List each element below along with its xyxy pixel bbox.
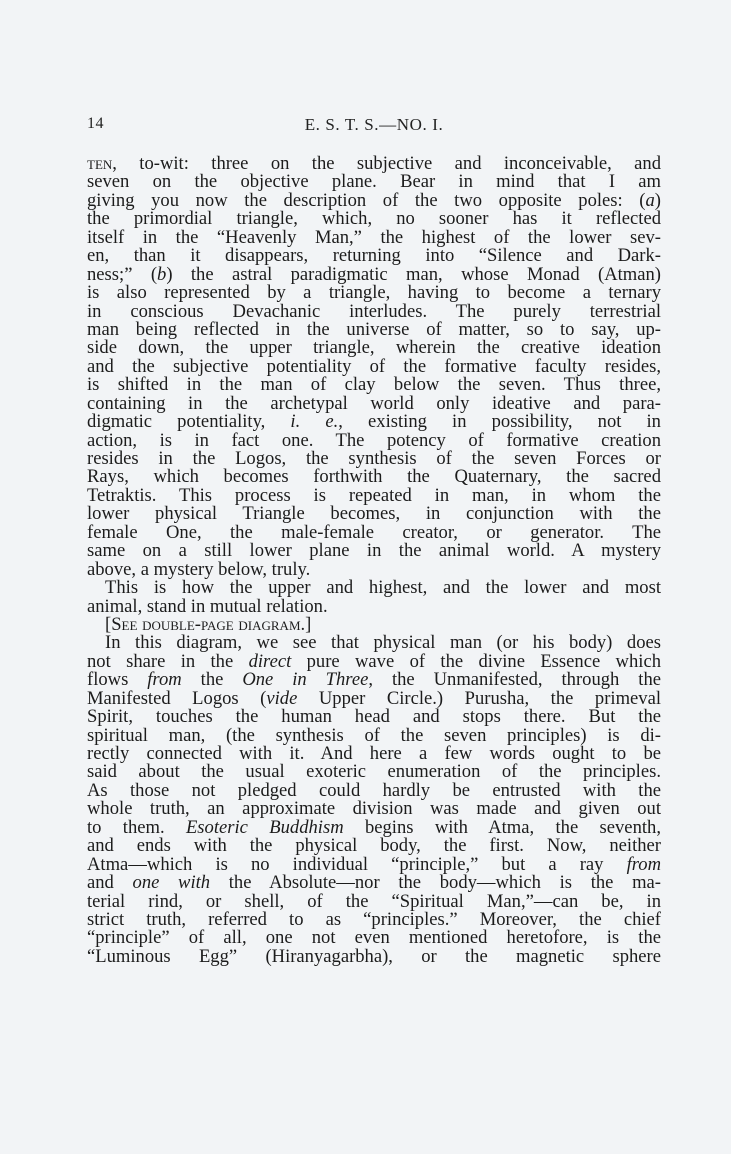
running-head: 14 E. S. T. S.—NO. I.	[87, 115, 661, 137]
text-line: digmatic potentiality, i. e., existing i…	[87, 413, 661, 431]
text-line: same on a still lower plane in the anima…	[87, 542, 661, 560]
text-line: en, than it disappears, returning into “…	[87, 247, 661, 265]
text-line: and one with the Absolute—nor the body—w…	[87, 874, 661, 892]
running-head-title: E. S. T. S.—NO. I.	[87, 115, 661, 135]
text-line: Spirit, touches the human head and stops…	[87, 708, 661, 726]
text-line: the primordial triangle, which, no soone…	[87, 210, 661, 228]
text-line: “Luminous Egg” (Hiranyagarbha), or the m…	[87, 948, 661, 966]
text-line: This is how the upper and highest, and t…	[87, 579, 661, 597]
text-line: flows from the One in Three, the Unmanif…	[87, 671, 661, 689]
document-page: 14 E. S. T. S.—NO. I. ten, to-wit: three…	[0, 0, 731, 1154]
text-line: whole truth, an approximate division was…	[87, 800, 661, 818]
text-line: is shifted in the man of clay below the …	[87, 376, 661, 394]
text-line: and ends with the physical body, the fir…	[87, 837, 661, 855]
text-line: lower physical Triangle becomes, in conj…	[87, 505, 661, 523]
text-line: is also represented by a triangle, havin…	[87, 284, 661, 302]
body-text: ten, to-wit: three on the subjective and…	[87, 155, 661, 966]
